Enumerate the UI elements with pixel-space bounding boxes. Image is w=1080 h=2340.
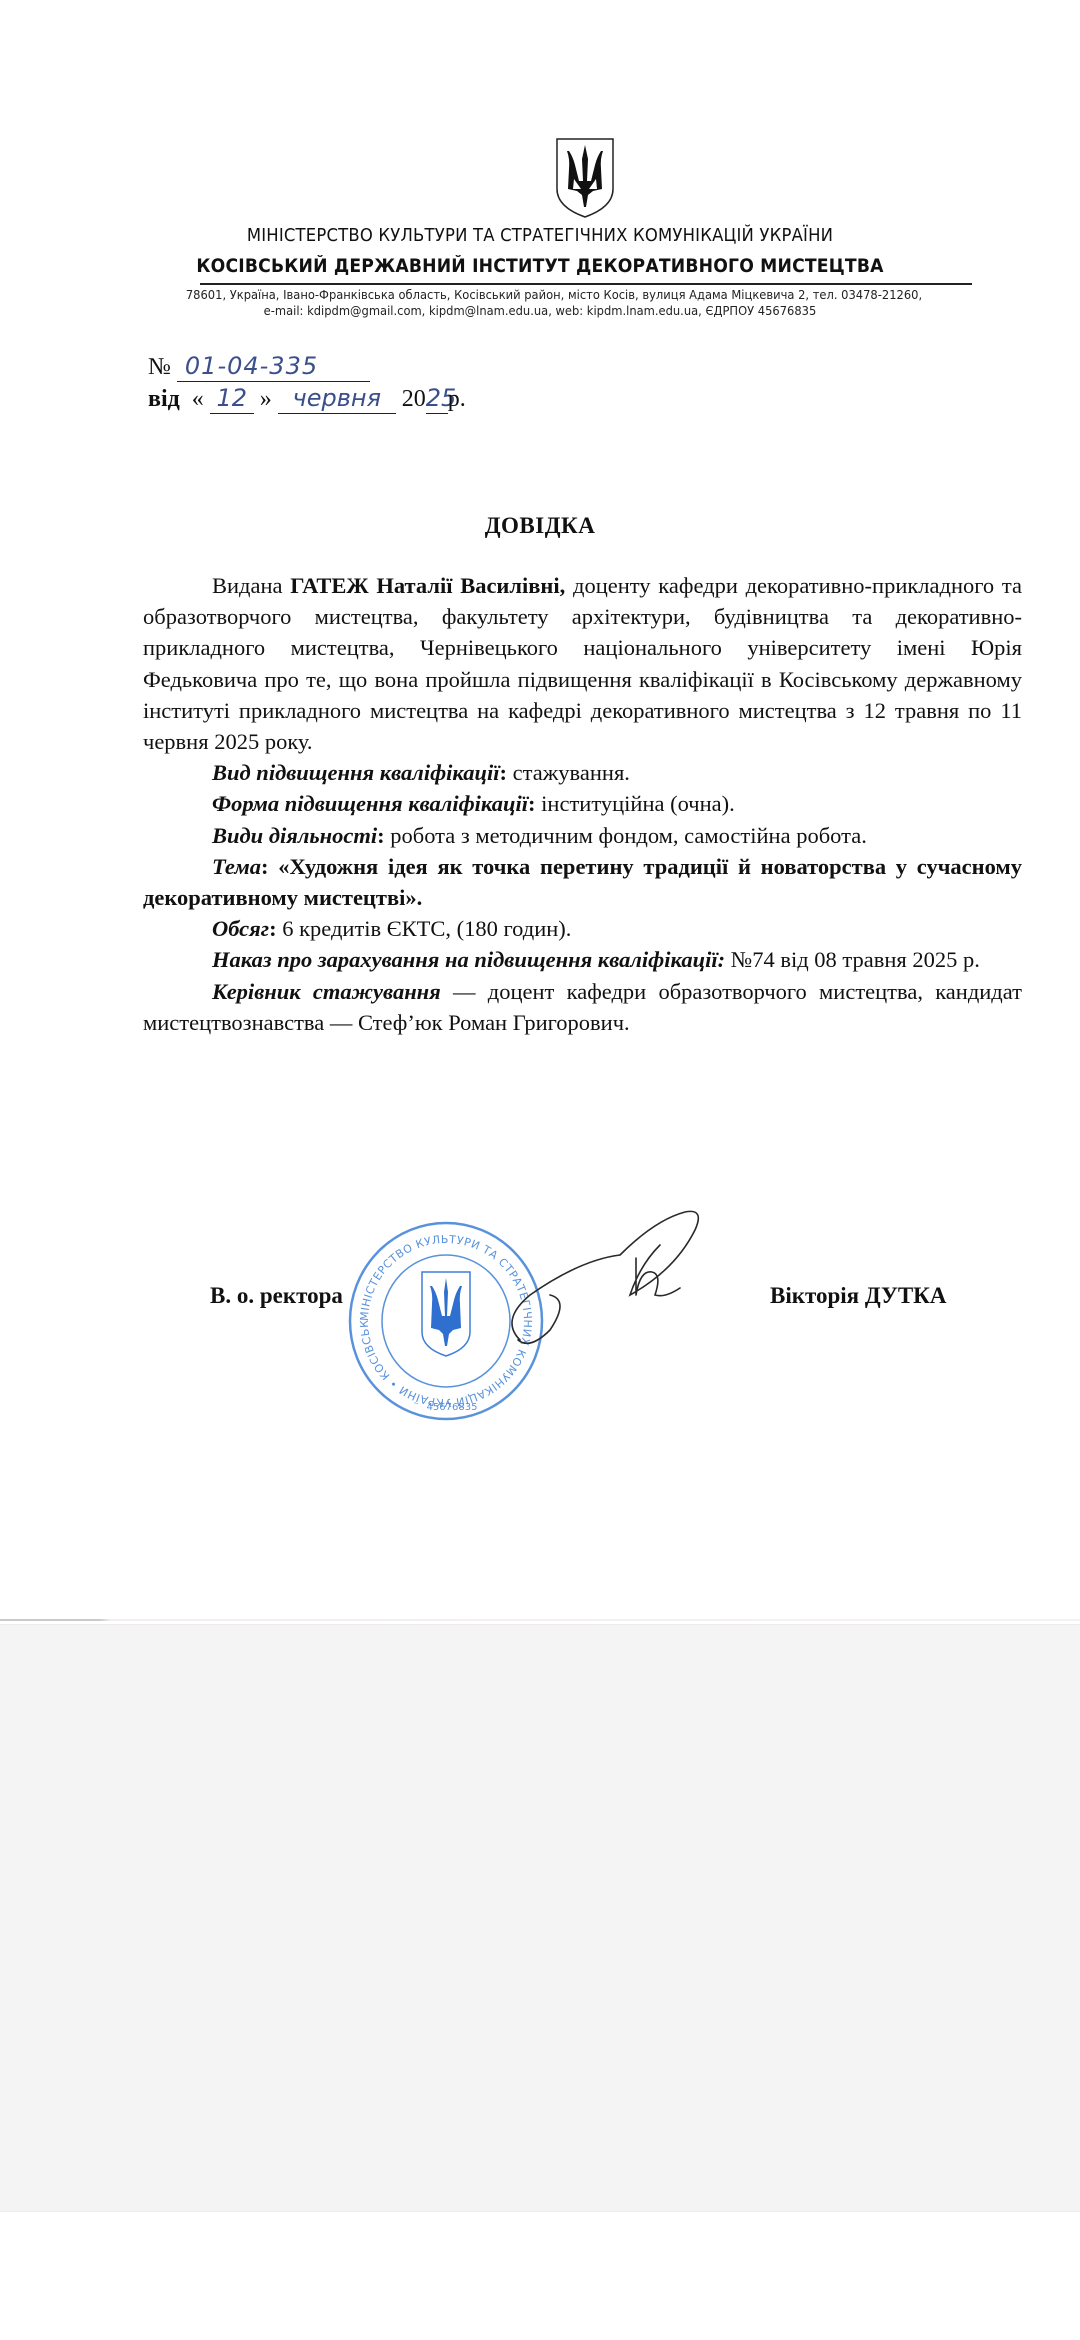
trident-emblem-icon bbox=[553, 137, 617, 219]
header-divider bbox=[200, 283, 972, 285]
ministry-name: МІНІСТЕРСТВО КУЛЬТУРИ ТА СТРАТЕГІЧНИХ КО… bbox=[32, 226, 1047, 246]
field-volume: Обсяг: 6 кредитів ЄКТС, (180 годин). bbox=[143, 913, 1022, 944]
handwritten-signature bbox=[490, 1200, 740, 1360]
field-value: №74 від 08 травня 2025 р. bbox=[731, 947, 980, 972]
close-quote: » bbox=[260, 386, 272, 412]
field-sep: : bbox=[377, 823, 390, 848]
field-sep: : bbox=[500, 760, 513, 785]
signatory-name: Вікторія ДУТКА bbox=[770, 1283, 946, 1309]
field-sep: : bbox=[269, 916, 282, 941]
field-activities: Види діяльності: робота з методичним фон… bbox=[143, 820, 1022, 851]
field-label: Види діяльності bbox=[212, 823, 377, 848]
intro-text: доценту кафедри декоративно-прикладного … bbox=[143, 573, 1022, 754]
field-enrollment-order: Наказ про зарахування на підвищення квал… bbox=[143, 944, 1022, 975]
number-value: 01-04-335 bbox=[185, 352, 318, 380]
field-sep: : bbox=[261, 854, 278, 879]
open-quote: « bbox=[192, 386, 204, 412]
registration-number: №01-04-335 bbox=[148, 352, 370, 382]
signature-row: В. о. ректора Вікторія ДУТКА bbox=[0, 1283, 1080, 1323]
date-label: від bbox=[148, 386, 180, 412]
year-prefix: 20 bbox=[402, 386, 426, 412]
intro-lead: Видана bbox=[212, 573, 290, 598]
document-title: ДОВІДКА bbox=[0, 513, 1080, 539]
field-label: Керівник стажування bbox=[212, 979, 441, 1004]
recipient-name: ГАТЕЖ Наталії Василівні, bbox=[290, 573, 565, 598]
field-supervisor: Керівник стажування — доцент кафедри обр… bbox=[143, 976, 1022, 1038]
institute-name: КОСІВСЬКИЙ ДЕРЖАВНИЙ ІНСТИТУТ ДЕКОРАТИВН… bbox=[38, 256, 1042, 277]
document-body: Видана ГАТЕЖ Наталії Василівні, доценту … bbox=[143, 570, 1022, 1038]
field-label: Вид підвищення кваліфікації bbox=[212, 760, 500, 785]
field-label: Наказ про зарахування на підвищення квал… bbox=[212, 947, 725, 972]
field-label: Обсяг bbox=[212, 916, 269, 941]
field-sep: : bbox=[528, 791, 541, 816]
field-value: робота з методичним фондом, самостійна р… bbox=[390, 823, 867, 848]
page-edge bbox=[0, 1619, 1080, 1621]
field-training-type: Вид підвищення кваліфікації: стажування. bbox=[143, 757, 1022, 788]
field-value: інституційна (очна). bbox=[541, 791, 735, 816]
year-unit: р. bbox=[448, 386, 466, 412]
date-month: червня bbox=[293, 384, 381, 412]
field-training-form: Форма підвищення кваліфікації: інституці… bbox=[143, 788, 1022, 819]
institute-address: 78601, Україна, Івано-Франківська област… bbox=[57, 287, 1051, 302]
field-value: 6 кредитів ЄКТС, (180 годин). bbox=[282, 916, 571, 941]
field-topic: Тема: «Художня ідея як точка перетину тр… bbox=[143, 851, 1022, 913]
document-page: МІНІСТЕРСТВО КУЛЬТУРИ ТА СТРАТЕГІЧНИХ КО… bbox=[0, 0, 1080, 1622]
empty-viewer-area bbox=[0, 1624, 1080, 2212]
date-day: 12 bbox=[217, 384, 248, 412]
intro-paragraph: Видана ГАТЕЖ Наталії Василівні, доценту … bbox=[143, 570, 1022, 757]
field-label: Тема bbox=[212, 854, 261, 879]
field-sep: — bbox=[441, 979, 488, 1004]
field-value: стажування. bbox=[513, 760, 630, 785]
svg-text:45676835: 45676835 bbox=[427, 1402, 478, 1413]
field-label: Форма підвищення кваліфікації bbox=[212, 791, 528, 816]
signatory-role: В. о. ректора bbox=[210, 1283, 343, 1309]
number-label: № bbox=[148, 354, 171, 380]
institute-contacts: e-mail: kdipdm@gmail.com, kipdm@lnam.edu… bbox=[43, 303, 1037, 318]
registration-date: від « 12 » червня 2025р. bbox=[148, 384, 466, 414]
